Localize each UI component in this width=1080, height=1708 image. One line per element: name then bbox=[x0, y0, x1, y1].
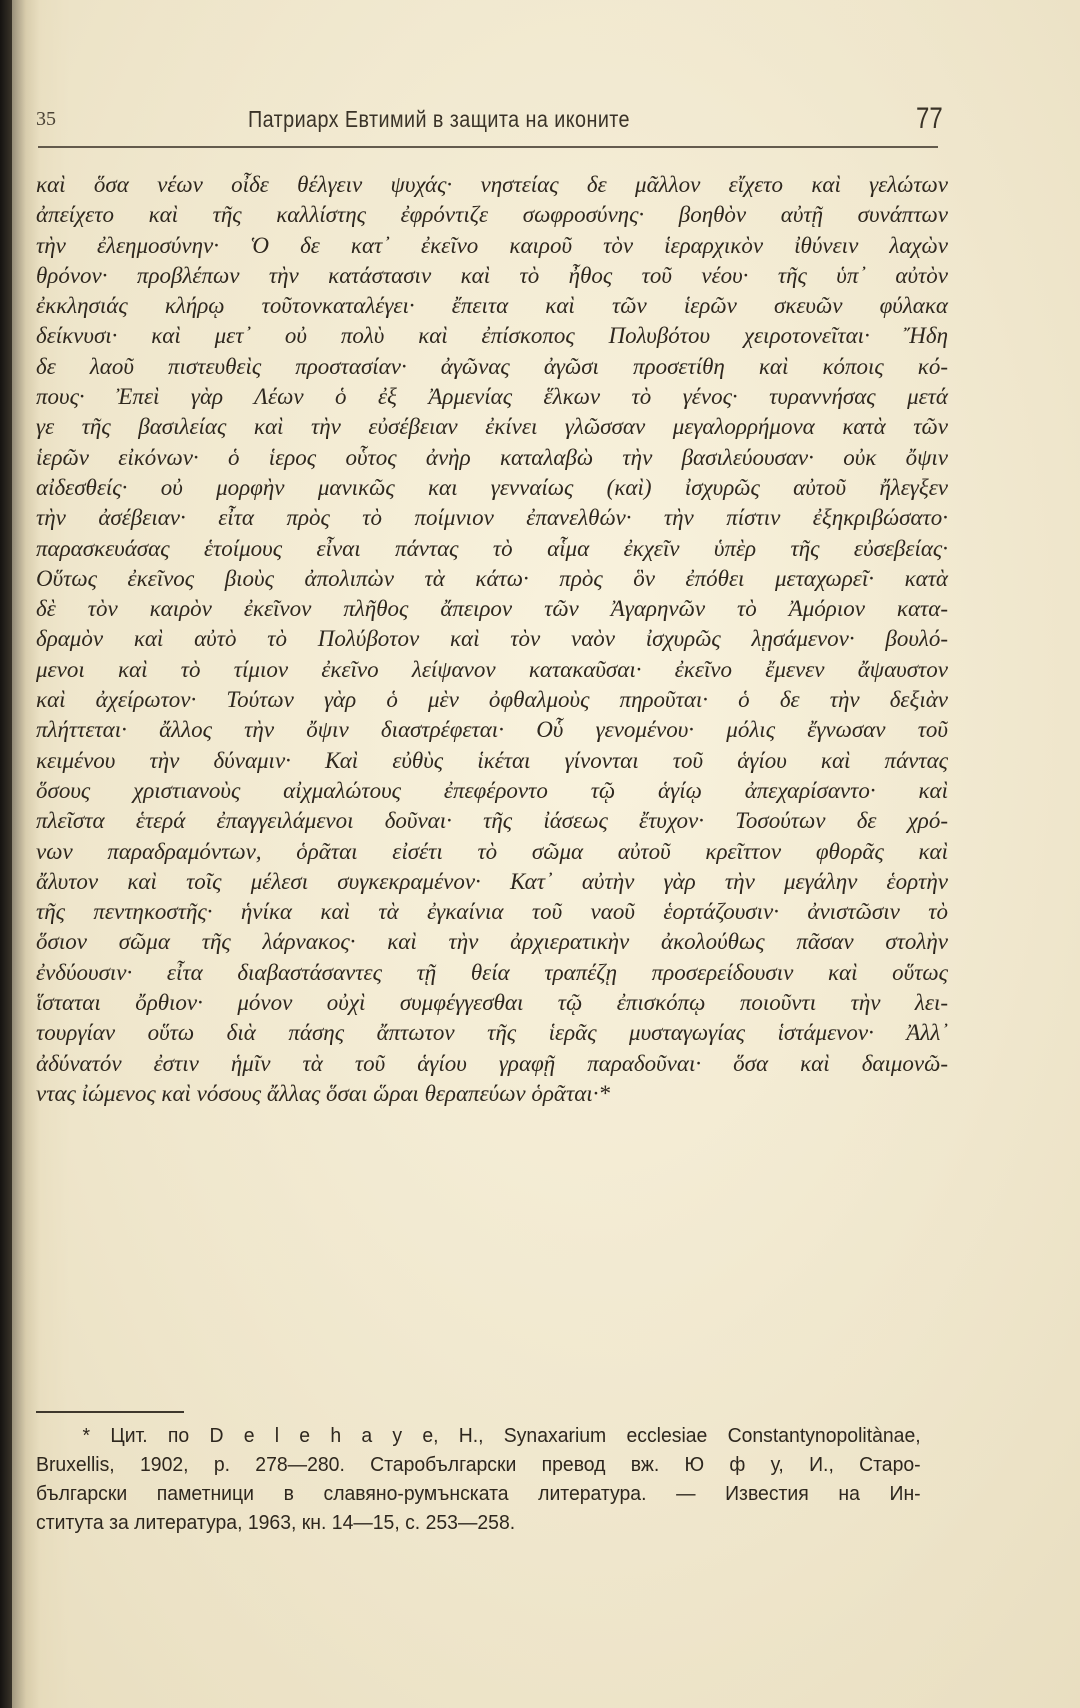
text-line: ὅσους χριστιανοὺς αἰχμαλώτους ἐπεφέροντο… bbox=[36, 776, 948, 806]
text-line: καὶ ἀχείρωτον· Τούτων γὰρ ὁ μὲν ὀφθαλμοὺ… bbox=[36, 685, 948, 715]
text-line: πους· Ἐπεὶ γὰρ Λέων ὁ ἐξ Ἀρμενίας ἕλκων … bbox=[36, 382, 948, 412]
footnote: * Цит. по D e l e h a y e, H., Synaxariu… bbox=[36, 1422, 948, 1538]
text-line: κειμένου τὴν δύναμιν· Καὶ εὐθὺς ἱκέται γ… bbox=[36, 746, 948, 776]
footnote-line: * Цит. по D e l e h a y e, H., Synaxariu… bbox=[36, 1422, 921, 1451]
text-line: γε τῆς βασιλείας καὶ τὴν εὐσέβειαν ἐκίνε… bbox=[36, 412, 948, 442]
text-line: παρασκευάσας ἑτοίμους εἶναι πάντας τὸ αἷ… bbox=[36, 534, 948, 564]
text-line: καὶ ὅσα νέων οἶδε θέλγειν ψυχάς· νηστεία… bbox=[36, 170, 948, 200]
text-line: δε λαοῦ πιστευθεὶς προστασίαν· ἀγῶνας ἀγ… bbox=[36, 352, 948, 382]
text-line: ἐκκλησιάς κλήρῳ τοῦτονκαταλέγει· ἔπειτα … bbox=[36, 291, 948, 321]
text-line: ντας ἰώμενος καὶ νόσους ἄλλας ὅσαι ὥραι … bbox=[36, 1079, 948, 1109]
text-line: μενοι καὶ τὸ τίμιον ἐκεῖνο λείψανον κατα… bbox=[36, 655, 948, 685]
header-divider bbox=[38, 146, 938, 148]
text-line: τὴν ἐλεημοσύνην· Ὁ δε κατ᾽ ἐκεῖνο καιροῦ… bbox=[36, 231, 948, 261]
text-line: νων παραδραμόντων, ὁρᾶται εἰσέτι τὸ σῶμα… bbox=[36, 837, 948, 867]
running-title: Патриарх Евтимий в защита на иконите bbox=[248, 106, 630, 133]
text-line: δείκνυσι· καὶ μετ᾽ οὐ πολὺ καὶ ἐπίσκοπος… bbox=[36, 321, 948, 351]
text-line: ἀπείχετο καὶ τῆς καλλίστης ἐφρόντιζε σωφ… bbox=[36, 200, 948, 230]
text-line: πλεῖστα ἑτερά ἐπαγγειλάμενοι δοῦναι· τῆς… bbox=[36, 806, 948, 836]
text-line: ἄλυτον καὶ τοῖς μέλεσι συγκεκραμένον· Κα… bbox=[36, 867, 948, 897]
page-number: 77 bbox=[916, 102, 943, 136]
text-line: δραμὸν καὶ αὐτὸ τὸ Πολύβοτον καὶ τὸν ναὸ… bbox=[36, 624, 948, 654]
text-line: τὴν ἀσέβειαν· εἶτα πρὸς τὸ ποίμνιον ἐπαν… bbox=[36, 503, 948, 533]
text-line: αἰδεσθείς· οὐ μορφὴν μανικῶς και γενναίω… bbox=[36, 473, 948, 503]
text-line: ἱερῶν εἰκόνων· ὁ ἱερος οὗτος ἀνὴρ καταλα… bbox=[36, 443, 948, 473]
text-line: Οὕτως ἐκεῖνος βιοὺς ἀπολιπὼν τὰ κάτω· πρ… bbox=[36, 564, 948, 594]
book-spine-shadow bbox=[0, 0, 12, 1708]
footnote-line: ститута за литература, 1963, кн. 14—15, … bbox=[36, 1509, 921, 1538]
section-number: 35 bbox=[36, 108, 56, 131]
text-line: τῆς πεντηκοστῆς· ἡνίκα καὶ τὰ ἐγκαίνια τ… bbox=[36, 897, 948, 927]
text-line: θρόνον· προβλέπων τὴν κατάστασιν καὶ τὸ … bbox=[36, 261, 948, 291]
text-line: πλήττεται· ἄλλος τὴν ὄψιν διαστρέφεται· … bbox=[36, 715, 948, 745]
footnote-divider bbox=[36, 1411, 184, 1413]
text-line: ὅσιον σῶμα τῆς λάρνακος· καὶ τὴν ἀρχιερα… bbox=[36, 927, 948, 957]
running-header: 35 Патриарх Евтимий в защита на иконите … bbox=[36, 100, 936, 140]
footnote-line: Bruxellis, 1902, p. 278—280. Старобългар… bbox=[36, 1451, 921, 1480]
text-line: δὲ τὸν καιρὸν ἐκεῖνον πλῆθος ἄπειρον τῶν… bbox=[36, 594, 948, 624]
footnote-line: български паметници в славяно-румънската… bbox=[36, 1480, 921, 1509]
greek-body-text: καὶ ὅσα νέων οἶδε θέλγειν ψυχάς· νηστεία… bbox=[36, 170, 948, 1109]
text-line: τουργίαν οὕτω διὰ πάσης ἄπτωτον τῆς ἱερᾶ… bbox=[36, 1018, 948, 1048]
text-line: ἵσταται ὄρθιον· μόνον οὐχὶ συμφέγγεσθαι … bbox=[36, 988, 948, 1018]
text-line: ἐνδύουσιν· εἶτα διαβαστάσαντες τῇ θεία τ… bbox=[36, 958, 948, 988]
text-line: ἀδύνατόν ἐστιν ἡμῖν τὰ τοῦ ἁγίου γραφῇ π… bbox=[36, 1049, 948, 1079]
